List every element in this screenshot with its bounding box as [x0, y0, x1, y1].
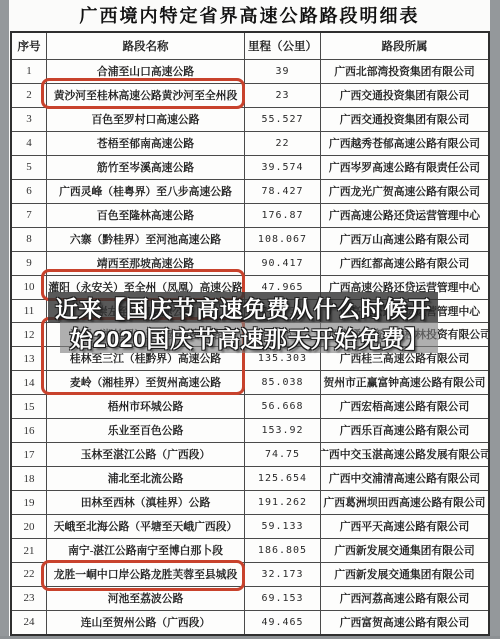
table-row: 3 百色至罗村口高速公路 55.527 广西交通投资集团有限公司 [12, 107, 488, 131]
cell-mileage: 23 [244, 84, 320, 107]
cell-owner: 广西新发展交通集团有限公司 [320, 563, 488, 586]
cell-road-name: 合浦至山口高速公路 [46, 60, 244, 83]
cell-owner: 广西红都高速公路有限公司 [320, 252, 488, 275]
header-mileage: 里程（公里） [244, 33, 320, 59]
cell-mileage: 74.75 [244, 443, 320, 466]
table-row: 5 筋竹至岑溪高速公路 39.574 广西岑罗高速公路有限责任公司 [12, 155, 488, 179]
cell-road-name: 玉林至湛江公路（广西段） [46, 443, 244, 466]
cell-mileage: 32.173 [244, 563, 320, 586]
cell-road-name: 天峨至北海公路（平塘至天峨广西段） [46, 515, 244, 538]
cell-owner: 广西龙光广贺高速公路有限公司 [320, 180, 488, 203]
cell-seq-no: 5 [12, 156, 46, 179]
cell-road-name: 河池至荔波公路 [46, 587, 244, 610]
cell-road-name: 靖西至那坡高速公路 [46, 252, 244, 275]
table-row: 18 浦北至北流公路 125.654 广西中交浦清高速公路有限公司 [12, 466, 488, 490]
cell-owner: 广西河荔高速公路有限公司 [320, 587, 488, 610]
cell-seq-no: 2 [12, 84, 46, 107]
cell-owner: 广西葛洲坝田西高速公路有限公司 [320, 491, 488, 514]
cell-road-name: 麦岭（湘桂界）至贺州高速公路 [46, 371, 244, 394]
cell-seq-no: 24 [12, 611, 46, 634]
table-row: 22 龙胜一峒中口岸公路龙胜芙蓉至县城段 32.173 广西新发展交通集团有限公… [12, 562, 488, 586]
cell-mileage: 153.92 [244, 419, 320, 442]
cell-owner: 广西平天高速公路有限公司 [320, 515, 488, 538]
cell-mileage: 39 [244, 60, 320, 83]
cell-mileage: 90.417 [244, 252, 320, 275]
cell-road-name: 黄沙河至桂林高速公路黄沙河至全州段 [46, 84, 244, 107]
cell-owner: 广西岑罗高速公路有限责任公司 [320, 156, 488, 179]
cell-mileage: 176.87 [244, 204, 320, 227]
cell-owner: 广西交通投资集团有限公司 [320, 108, 488, 131]
cell-seq-no: 17 [12, 443, 46, 466]
cell-seq-no: 1 [12, 60, 46, 83]
cell-owner: 广西新发展交通集团有限公司 [320, 539, 488, 562]
table-row: 15 梧州市环城公路 56.668 广西宏梧高速公路有限公司 [12, 394, 488, 418]
table-row: 20 天峨至北海公路（平塘至天峨广西段） 59.133 广西平天高速公路有限公司 [12, 514, 488, 538]
cell-mileage: 22 [244, 132, 320, 155]
cell-seq-no: 15 [12, 395, 46, 418]
cell-mileage: 59.133 [244, 515, 320, 538]
cell-owner: 广西宏梧高速公路有限公司 [320, 395, 488, 418]
table-row: 7 百色至隆林高速公路 176.87 广西高速公路还贷运营管理中心 [12, 203, 488, 227]
table-header-row: 序号 路段名称 里程（公里） 路段所属 [12, 33, 488, 59]
cell-mileage: 85.038 [244, 371, 320, 394]
cell-owner: 广西万山高速公路有限公司 [320, 228, 488, 251]
table-row: 14 麦岭（湘桂界）至贺州高速公路 85.038 贺州市正赢富钟高速公路有限公司 [12, 370, 488, 394]
cell-owner: 广西北部湾投资集团有限公司 [320, 60, 488, 83]
cell-owner: 广西富贺高速公路有限公司 [320, 611, 488, 634]
table-row: 6 广西灵峰（桂粤界）至八步高速公路 78.427 广西龙光广贺高速公路有限公司 [12, 179, 488, 203]
cell-owner: 贺州市正赢富钟高速公路有限公司 [320, 371, 488, 394]
cell-road-name: 浦北至北流公路 [46, 467, 244, 490]
cell-seq-no: 19 [12, 491, 46, 514]
screenshot-root: 广西境内特定省界高速公路路段明细表 序号 路段名称 里程（公里） 路段所属 1 … [0, 0, 500, 639]
cell-seq-no: 13 [12, 347, 46, 370]
page-title: 广西境内特定省界高速公路路段明细表 [9, 3, 490, 29]
table-row: 1 合浦至山口高速公路 39 广西北部湾投资集团有限公司 [12, 59, 488, 83]
cell-road-name: 百色至罗村口高速公路 [46, 108, 244, 131]
cell-seq-no: 22 [12, 563, 46, 586]
cell-mileage: 55.527 [244, 108, 320, 131]
table-row: 9 靖西至那坡高速公路 90.417 广西红都高速公路有限公司 [12, 251, 488, 275]
cell-seq-no: 8 [12, 228, 46, 251]
table-row: 16 乐业至百色公路 153.92 广西乐百高速公路有限公司 [12, 418, 488, 442]
cell-owner: 广西中交浦清高速公路有限公司 [320, 467, 488, 490]
cell-seq-no: 10 [12, 276, 46, 299]
cell-road-name: 连山至贺州公路（广西段） [46, 611, 244, 634]
cell-road-name: 广西灵峰（桂粤界）至八步高速公路 [46, 180, 244, 203]
cell-road-name: 苍梧至郁南高速公路 [46, 132, 244, 155]
cell-owner: 广西交通投资集团有限公司 [320, 84, 488, 107]
header-road-name: 路段名称 [46, 33, 244, 59]
table-row: 17 玉林至湛江公路（广西段） 74.75 广西中交玉湛高速公路发展有限公司 [12, 442, 488, 466]
watermark-text-line2: 始2020国庆节高速那天开始免费】 [60, 322, 438, 353]
cell-owner: 广西中交玉湛高速公路发展有限公司 [320, 443, 488, 466]
watermark-text-line1: 近来【国庆节高速免费从什么时候开 [48, 292, 438, 322]
cell-seq-no: 3 [12, 108, 46, 131]
cell-seq-no: 23 [12, 587, 46, 610]
cell-seq-no: 4 [12, 132, 46, 155]
table-row: 21 南宁-湛江公路南宁至博白那卜段 186.805 广西新发展交通集团有限公司 [12, 538, 488, 562]
photo-edge-right [490, 0, 500, 639]
cell-seq-no: 20 [12, 515, 46, 538]
cell-seq-no: 18 [12, 467, 46, 490]
cell-mileage: 39.574 [244, 156, 320, 179]
cell-road-name: 乐业至百色公路 [46, 419, 244, 442]
cell-seq-no: 16 [12, 419, 46, 442]
cell-seq-no: 21 [12, 539, 46, 562]
cell-road-name: 龙胜一峒中口岸公路龙胜芙蓉至县城段 [46, 563, 244, 586]
cell-seq-no: 9 [12, 252, 46, 275]
cell-mileage: 125.654 [244, 467, 320, 490]
cell-seq-no: 7 [12, 204, 46, 227]
cell-seq-no: 6 [12, 180, 46, 203]
cell-road-name: 六寨（黔桂界）至河池高速公路 [46, 228, 244, 251]
cell-road-name: 筋竹至岑溪高速公路 [46, 156, 244, 179]
cell-mileage: 49.465 [244, 611, 320, 634]
table-row: 19 田林至西林（滇桂界）公路 191.262 广西葛洲坝田西高速公路有限公司 [12, 490, 488, 514]
cell-owner: 广西高速公路还贷运营管理中心 [320, 204, 488, 227]
cell-road-name: 百色至隆林高速公路 [46, 204, 244, 227]
cell-road-name: 梧州市环城公路 [46, 395, 244, 418]
photo-edge-left [0, 0, 9, 639]
header-owner: 路段所属 [320, 33, 488, 59]
cell-mileage: 108.067 [244, 228, 320, 251]
cell-road-name: 田林至西林（滇桂界）公路 [46, 491, 244, 514]
cell-owner: 广西乐百高速公路有限公司 [320, 419, 488, 442]
cell-mileage: 56.668 [244, 395, 320, 418]
cell-owner: 广西越秀苍郁高速公路有限公司 [320, 132, 488, 155]
table-row: 2 黄沙河至桂林高速公路黄沙河至全州段 23 广西交通投资集团有限公司 [12, 83, 488, 107]
table-row: 4 苍梧至郁南高速公路 22 广西越秀苍郁高速公路有限公司 [12, 131, 488, 155]
table-row: 23 河池至荔波公路 69.153 广西河荔高速公路有限公司 [12, 586, 488, 610]
cell-seq-no: 12 [12, 323, 46, 346]
header-seq-no: 序号 [12, 33, 46, 59]
cell-mileage: 69.153 [244, 587, 320, 610]
cell-seq-no: 11 [12, 300, 46, 323]
cell-mileage: 78.427 [244, 180, 320, 203]
cell-mileage: 191.262 [244, 491, 320, 514]
cell-seq-no: 14 [12, 371, 46, 394]
cell-mileage: 186.805 [244, 539, 320, 562]
table-row: 8 六寨（黔桂界）至河池高速公路 108.067 广西万山高速公路有限公司 [12, 227, 488, 251]
cell-road-name: 南宁-湛江公路南宁至博白那卜段 [46, 539, 244, 562]
table-row: 24 连山至贺州公路（广西段） 49.465 广西富贺高速公路有限公司 [12, 610, 488, 634]
